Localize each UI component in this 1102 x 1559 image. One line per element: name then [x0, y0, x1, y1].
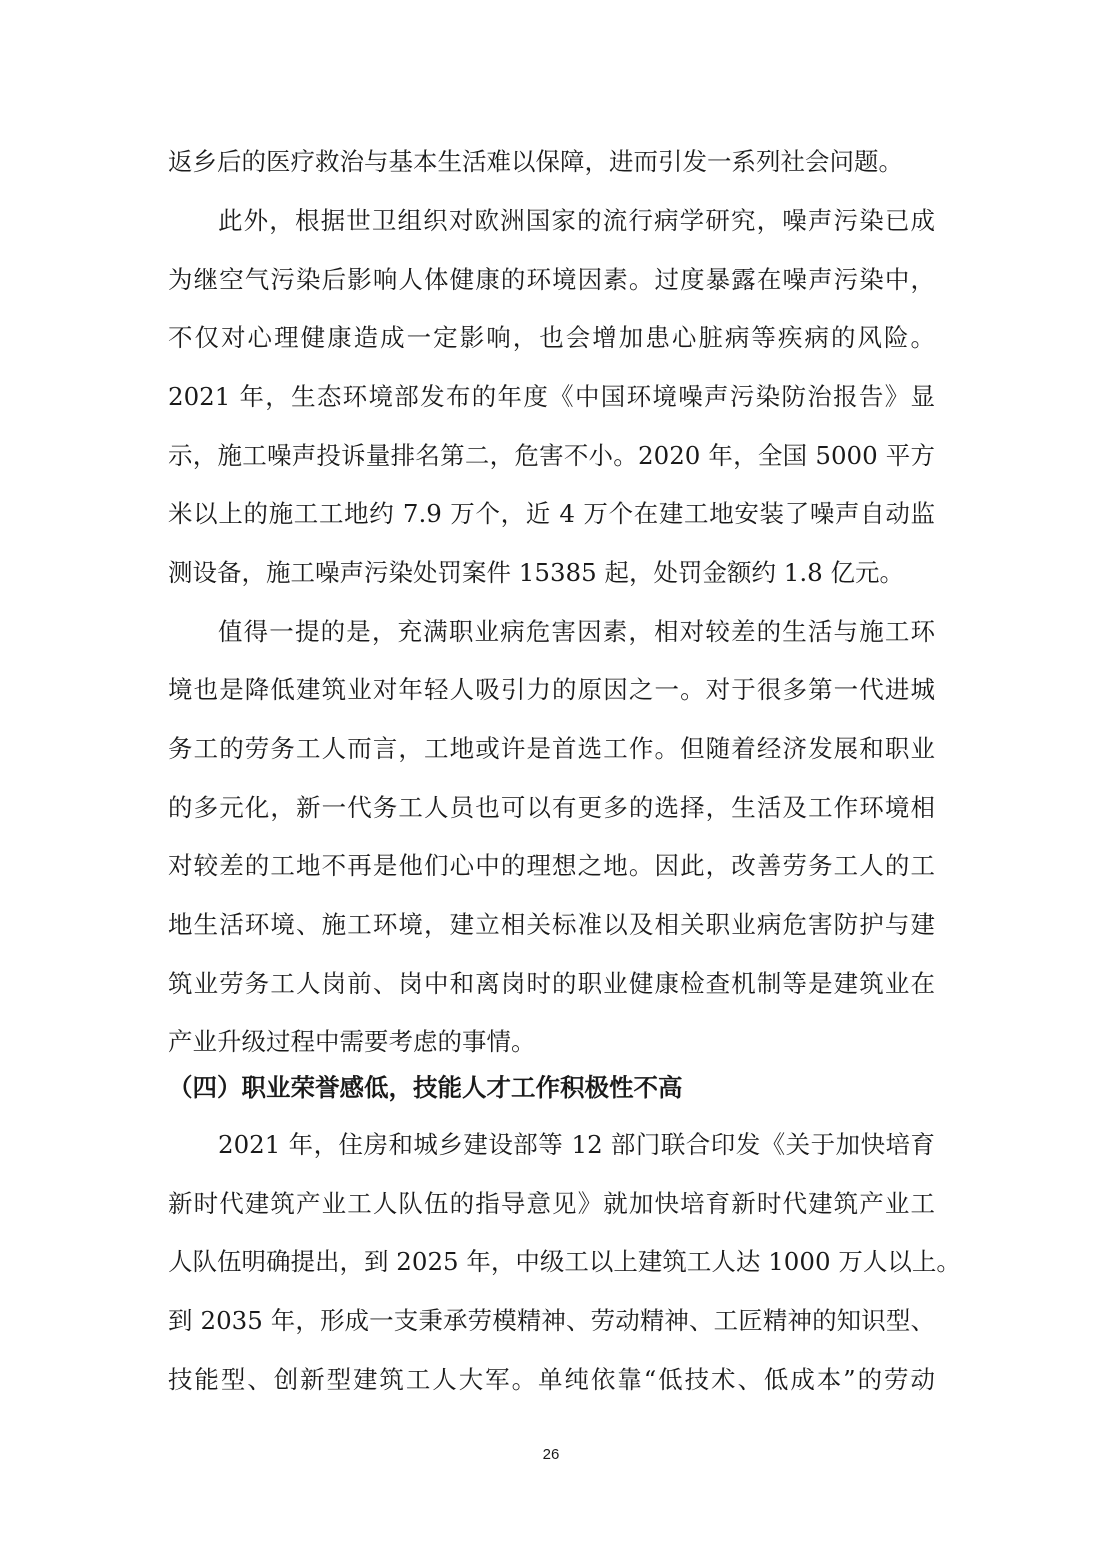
paragraph-line: 新时代建筑产业工人队伍的指导意见》就加快培育新时代建筑产业工 — [168, 1184, 935, 1224]
paragraph-line: 地生活环境、施工环境，建立相关标准以及相关职业病危害防护与建 — [168, 905, 935, 945]
paragraph-line: 人队伍明确提出，到 2025 年，中级工以上建筑工人达 1000 万人以上。 — [168, 1242, 935, 1282]
paragraph-line: 2021 年，生态环境部发布的年度《中国环境噪声污染防治报告》显 — [168, 377, 935, 417]
paragraph-line: 境也是降低建筑业对年轻人吸引力的原因之一。对于很多第一代进城 — [168, 670, 935, 710]
paragraph-line: 为继空气污染后影响人体健康的环境因素。过度暴露在噪声污染中， — [168, 260, 935, 300]
paragraph-line: 米以上的施工工地约 7.9 万个，近 4 万个在建工地安装了噪声自动监 — [168, 494, 935, 534]
paragraph-line: 2021 年，住房和城乡建设部等 12 部门联合印发《关于加快培育 — [218, 1125, 935, 1165]
paragraph-line: 返乡后的医疗救治与基本生活难以保障，进而引发一系列社会问题。 — [168, 142, 935, 182]
paragraph-line: 示，施工噪声投诉量排名第二，危害不小。2020 年，全国 5000 平方 — [168, 436, 935, 476]
document-page: 返乡后的医疗救治与基本生活难以保障，进而引发一系列社会问题。 此外，根据世卫组织… — [0, 0, 1102, 1559]
paragraph-line: 对较差的工地不再是他们心中的理想之地。因此，改善劳务工人的工 — [168, 846, 935, 886]
paragraph-line: 不仅对心理健康造成一定影响，也会增加患心脏病等疾病的风险。 — [168, 318, 935, 358]
page-number: 26 — [0, 1446, 1102, 1463]
paragraph-line: 的多元化，新一代务工人员也可以有更多的选择，生活及工作环境相 — [168, 788, 935, 828]
paragraph-line: 务工的劳务工人而言，工地或许是首选工作。但随着经济发展和职业 — [168, 729, 935, 769]
paragraph-line: 此外，根据世卫组织对欧洲国家的流行病学研究，噪声污染已成 — [218, 201, 935, 241]
paragraph-line: 值得一提的是，充满职业病危害因素，相对较差的生活与施工环 — [218, 612, 935, 652]
paragraph-line: 测设备，施工噪声污染处罚案件 15385 起，处罚金额约 1.8 亿元。 — [168, 553, 935, 593]
paragraph-line: 到 2035 年，形成一支秉承劳模精神、劳动精神、工匠精神的知识型、 — [168, 1301, 935, 1341]
section-heading: （四）职业荣誉感低，技能人才工作积极性不高 — [168, 1068, 935, 1108]
paragraph-line: 产业升级过程中需要考虑的事情。 — [168, 1022, 935, 1062]
paragraph-line: 技能型、创新型建筑工人大军。单纯依靠“低技术、低成本”的劳动 — [168, 1360, 935, 1400]
paragraph-line: 筑业劳务工人岗前、岗中和离岗时的职业健康检查机制等是建筑业在 — [168, 964, 935, 1004]
